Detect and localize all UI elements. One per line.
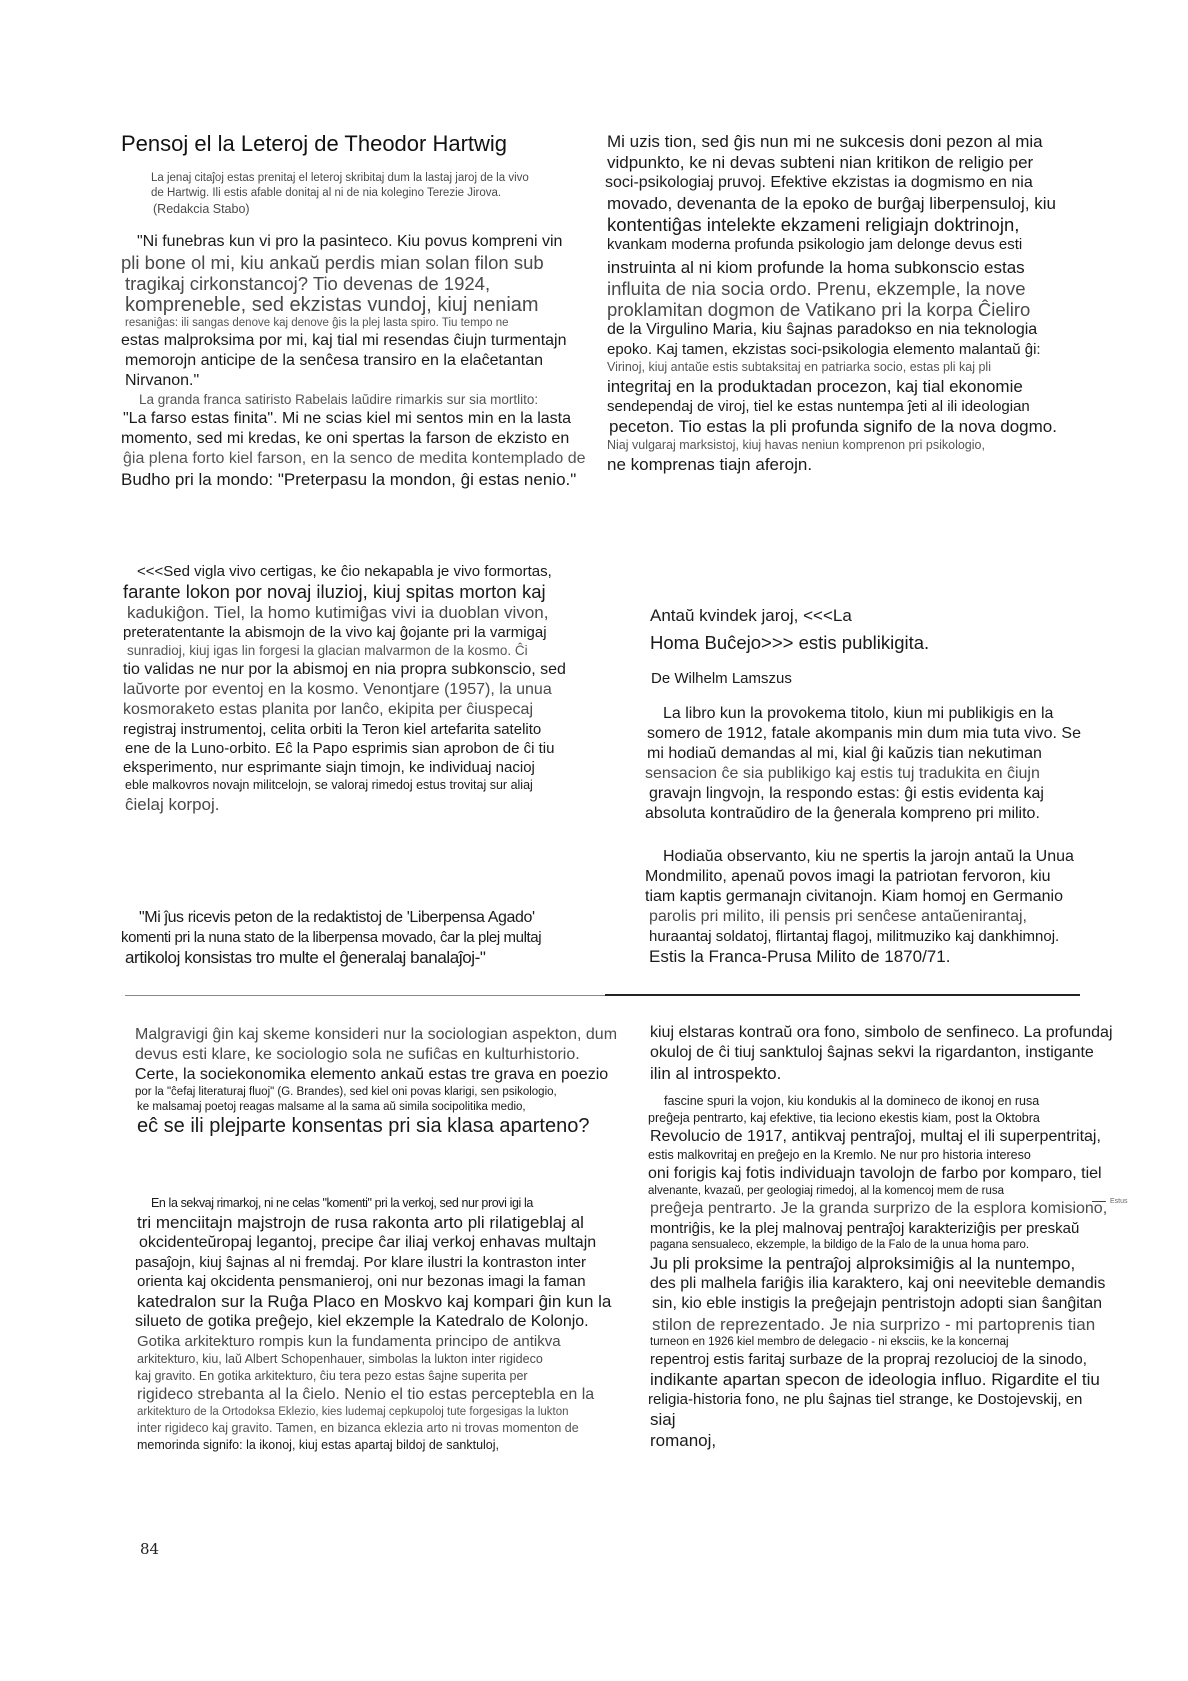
text-line: ĉielaj korpoj. [121,794,566,815]
text-line: "Ni funebras kun vi pro la pasinteco. Ki… [121,232,586,252]
intro-line: La jenaj citaĵoj estas prenitaj el leter… [151,171,529,186]
text-line: Nirvanon." [121,371,586,391]
text-line: estis malkovritaj en preĝejo en la Kreml… [648,1147,1107,1164]
text-line: pli bone ol mi, kiu ankaŭ perdis mian so… [121,252,586,273]
section-divider-right [605,994,1080,996]
text-line: Mondmilito, apenaŭ povos imagi la patrio… [645,867,1074,887]
heading-line: Homa Buĉejo>>> estis publikigita. [650,629,929,657]
text-line: sensacion ĉe sia publikigo kaj estis tuj… [645,764,1081,784]
text-line: preĝeja pentrarto. Je la granda surprizo… [648,1199,1107,1219]
letter-quote-4: "Mi ĵus ricevis peton de la redaktistoj … [121,908,541,968]
text-line: Revolucio de 1917, antikvaj pentraĵoj, m… [648,1127,1107,1147]
text-line: integritaj en la produktadan procezon, k… [605,376,1057,397]
text-line: devus esti klare, ke sociologio sola ne … [135,1045,617,1065]
text-line: estas malproksima por mi, kaj tial mi re… [121,331,586,351]
text-line: Gotika arkitekturo rompis kun la fundame… [135,1332,611,1351]
article-title-text: Pensoj el la Leteroj de Theodor Hartwig [121,131,507,156]
article2-paragraph-1: La libro kun la provokema titolo, kiun m… [645,704,1081,824]
text-line: movado, devenanta de la epoko de burĝaj … [605,193,1057,214]
text-line: gravajn lingvojn, la respondo estas: ĝi … [645,784,1081,804]
text-line: des pli malhela fariĝis ilia karaktero, … [648,1274,1107,1294]
text-line: soci-psikologiaj pruvoj. Efektive ekzist… [605,173,1057,193]
text-line: proklamitan dogmon de Vatikano pri la ko… [605,299,1057,320]
text-line: stilon de reprezentado. Je nia surprizo … [648,1314,1107,1335]
text-line: sendependaj de viroj, tiel ke estas nunt… [605,397,1057,416]
text-line: sunradioj, kiuj igas lin forgesi la glac… [121,642,566,660]
text-line: montriĝis, ke la plej malnovaj pentraĵoj… [648,1219,1107,1238]
text-line: okuloj de ĉi tiuj sanktuloj ŝajnas sekvi… [650,1043,1113,1063]
text-line: turneon en 1926 kiel membro de delegacio… [648,1335,1107,1350]
text-line: epoko. Kaj tamen, ekzistas soci-psikolog… [605,340,1057,359]
text-line: arkitekturo, kiu, laŭ Albert Schopenhaue… [135,1351,611,1368]
article3-left-top: Malgravigi ĝin kaj skeme konsideri nur l… [135,1025,617,1137]
text-line: registraj instrumentoj, celita orbiti la… [121,720,566,739]
text-line: influita de nia socia ordo. Prenu, ekzem… [605,278,1057,299]
letter-quote-2: Mi uzis tion, sed ĝis nun mi ne sukcesis… [605,131,1057,475]
article-title: Pensoj el la Leteroj de Theodor Hartwig [121,131,507,157]
text-line: peceton. Tio estas la pli profunda signi… [605,416,1057,437]
text-line: Estis la Franca-Prusa Milito de 1870/71. [645,946,1074,967]
text-line: La granda franca satiristo Rabelais laŭd… [121,391,586,409]
letter-quote-3: <<<Sed vigla vivo certigas, ke ĉio nekap… [121,562,566,815]
text-line: kosmoraketo estas planita por lanĉo, eki… [121,700,566,720]
text-line: inter rigideco kaj gravito. Tamen, en bi… [135,1420,611,1437]
text-line: eble malkovros novajn militcelojn, se va… [121,777,566,794]
text-line: vidpunkto, ke ni devas subteni nian krit… [605,152,1057,173]
text-line: ke malsamaj poetoj reagas malsame al la … [135,1100,617,1115]
text-line: fascine spuri la vojon, kiu kondukis al … [648,1093,1107,1110]
article2-paragraph-2: Hodiaŭa observanto, kiu ne spertis la ja… [645,847,1074,967]
margin-note: Estus [1092,1198,1127,1205]
text-line: Budho pri la mondo: "Preterpasu la mondo… [121,469,586,490]
text-line: kompreneble, sed ekzistas vundoj, kiuj n… [121,294,586,316]
text-line: tio validas ne nur por la abismoj en nia… [121,660,566,680]
text-line: repentroj estis faritaj surbaze de la pr… [648,1350,1107,1369]
text-line: komenti pri la nuna stato de la liberpen… [121,928,541,947]
text-line: farante lokon por novaj iluzioj, kiuj sp… [121,581,566,602]
text-line: Virinoj, kiuj antaŭe estis subtaksitaj e… [605,359,1057,376]
byline-text: De Wilhelm Lamszus [651,670,792,687]
text-line: preteratentante la abismojn de la vivo k… [121,623,566,642]
text-line: Mi uzis tion, sed ĝis nun mi ne sukcesis… [605,131,1057,152]
text-line: momento, sed mi kredas, ke oni spertas l… [121,429,586,449]
margin-note-dash [1092,1201,1106,1202]
text-line: arkitekturo de la Ortodoksa Eklezio, kie… [135,1405,611,1420]
text-line: kaj gravito. En gotika arkitekturo, ĉiu … [135,1368,611,1385]
text-line: ne komprenas tiajn aferojn. [605,454,1057,475]
text-line: absoluta kontraŭdiro de la ĝenerala komp… [645,804,1081,824]
margin-note-text: Estus [1110,1198,1128,1205]
text-line: siaj [648,1409,1107,1430]
text-line: por la "ĉefaj literaturaj fluoj" (G. Bra… [135,1085,617,1100]
article-intro: La jenaj citaĵoj estas prenitaj el leter… [151,171,529,218]
intro-line: de Hartwig. Ili estis afable donitaj al … [151,186,529,201]
text-line: parolis pri milito, ili pensis pri senĉe… [645,907,1074,927]
text-line: "La farso estas finita". Mi ne scias kie… [121,409,586,429]
text-line: kontentiĝas intelekte ekzameni religiajn… [605,214,1057,235]
text-line: laŭvorte por eventoj en la kosmo. Venont… [121,680,566,700]
text-line: tiam kaptis germanajn civitanojn. Kiam h… [645,887,1074,907]
text-line: kadukiĝon. Tiel, la homo kutimiĝas vivi … [121,602,566,623]
text-line: orienta kaj okcidenta pensmanieroj, oni … [135,1272,611,1291]
text-line: Malgravigi ĝin kaj skeme konsideri nur l… [135,1025,617,1045]
text-line: kvankam moderna profunda psikologio jam … [605,235,1057,254]
page-number-text: 84 [140,1540,159,1558]
text-line: eĉ se ili plejparte konsentas pri sia kl… [135,1115,617,1137]
text-line: En la sekvaj rimarkoj, ni ne celas "kome… [135,1195,611,1212]
text-line: tri menciitajn majstrojn de rusa rakonta… [135,1212,611,1233]
text-line: okcidenteŭropaj legantoj, precipe ĉar il… [135,1233,611,1253]
text-line: oni forigis kaj fotis individuajn tavolo… [648,1164,1107,1184]
text-line: de la Virgulino Maria, kiu ŝajnas parado… [605,320,1057,340]
text-line: ilin al introspekto. [650,1063,1113,1084]
text-line: huraantaj soldatoj, flirtantaj flagoj, m… [645,927,1074,946]
text-line: religia-historia fono, ne plu ŝajnas tie… [648,1390,1107,1409]
text-line: memorinda signifo: la ikonoj, kiuj estas… [135,1437,611,1454]
text-line: Certe, la sociekonomika elemento ankaŭ e… [135,1065,617,1085]
letter-quote-1: "Ni funebras kun vi pro la pasinteco. Ki… [121,232,586,490]
text-line: <<<Sed vigla vivo certigas, ke ĉio nekap… [121,562,566,581]
section-divider-left [125,995,605,996]
text-line: tragikaj cirkonstancoj? Tio devenas de 1… [121,273,586,294]
text-line: ene de la Luno-orbito. Eĉ la Papo esprim… [121,739,566,758]
text-line: "Mi ĵus ricevis peton de la redaktistoj … [121,908,541,928]
text-line: romanoj, [648,1430,1107,1451]
article3-right-top: kiuj elstaras kontraŭ ora fono, simbolo … [650,1023,1113,1084]
text-line: preĝeja pentrarto, kaj efektive, tia lec… [648,1110,1107,1127]
text-line: mi hodiaŭ demandas al mi, kial ĝi kaŭzis… [645,744,1081,764]
page-number: 84 [140,1540,159,1558]
text-line: alvenante, kvazaŭ, per geologiaj rimedoj… [648,1184,1107,1199]
text-line: ĝia plena forto kiel farson, en la senco… [121,449,586,469]
text-line: kiuj elstaras kontraŭ ora fono, simbolo … [650,1023,1113,1043]
text-line: pasaĵojn, kiuj ŝajnas al ni fremdaj. Por… [135,1253,611,1272]
text-line: Niaj vulgaraj marksistoj, kiuj havas nen… [605,437,1057,454]
text-line: Ju pli proksime la pentraĵoj alproksimiĝ… [648,1253,1107,1274]
heading-line: Antaŭ kvindek jaroj, <<<La [650,603,929,629]
text-line: memorojn anticipe de la senĉesa transiro… [121,351,586,371]
text-line: eksperimento, nur esprimante siajn timoj… [121,758,566,777]
text-line: pagana sensualeco, ekzemple, la bildigo … [648,1238,1107,1253]
article2-byline: De Wilhelm Lamszus [651,669,792,688]
text-line: somero de 1912, fatale akompanis min dum… [645,724,1081,744]
text-line: silueto de gotika preĝejo, kiel ekzemple… [135,1312,611,1332]
text-line: artikoloj konsistas tro multe el ĝeneral… [121,947,541,968]
text-line: sin, kio eble instigis la preĝejajn pent… [648,1294,1107,1314]
text-line: Hodiaŭa observanto, kiu ne spertis la ja… [645,847,1074,867]
article2-heading: Antaŭ kvindek jaroj, <<<La Homa Buĉejo>>… [650,603,929,657]
text-line: instruinta al ni kiom profunde la homa s… [605,257,1057,278]
text-line: resaniĝas: ili sangas denove kaj denove … [121,316,586,331]
text-line: La libro kun la provokema titolo, kiun m… [645,704,1081,724]
article3-right-bottom: fascine spuri la vojon, kiu kondukis al … [648,1093,1107,1451]
text-line: indikante apartan specon de ideologia in… [648,1369,1107,1390]
text-line: rigideco strebanta al la ĉielo. Nenio el… [135,1385,611,1405]
article3-left-bottom: En la sekvaj rimarkoj, ni ne celas "kome… [135,1195,611,1454]
intro-line: (Redakcia Stabo) [151,201,529,218]
text-line: katedralon sur la Ruĝa Placo en Moskvo k… [135,1291,611,1312]
